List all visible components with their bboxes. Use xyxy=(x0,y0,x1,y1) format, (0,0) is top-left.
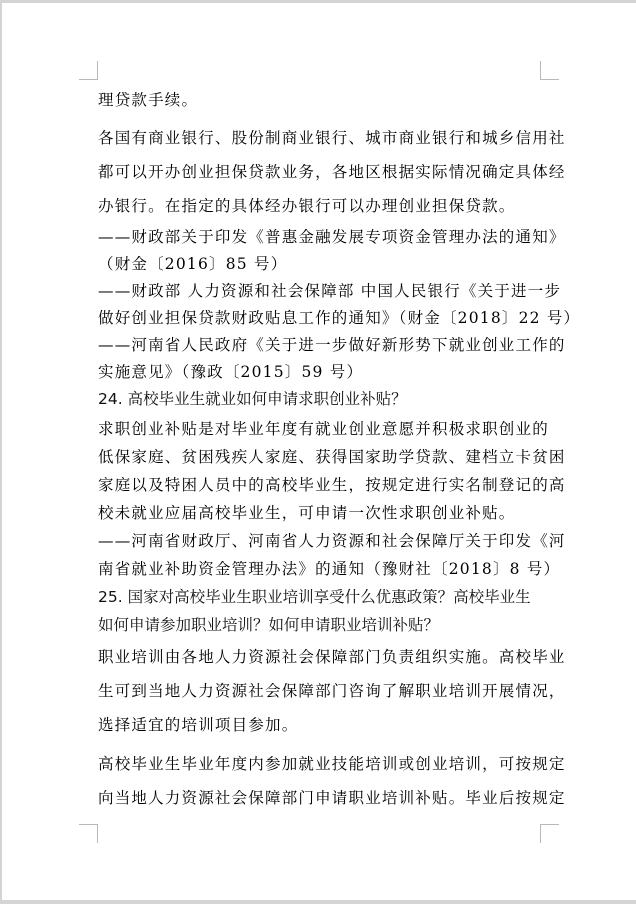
margin-corner-mark-top-left xyxy=(79,61,98,80)
text-line: 南省就业补助资金管理办法》的通知（豫财社〔2018〕8 号） xyxy=(98,558,560,580)
document-page: 理贷款手续。各国有商业银行、股份制商业银行、城市商业银行和城乡信用社都可以开办创… xyxy=(2,3,636,900)
text-line: ——河南省财政厅、河南省人力资源和社会保障厅关于印发《河 xyxy=(98,530,566,552)
text-line: 都可以开办创业担保贷款业务，各地区根据实际情况确定具体经 xyxy=(98,161,566,183)
text-line: 实施意见》（豫政〔2015〕59 号） xyxy=(98,361,363,383)
section-heading: 如何申请参加职业培训？如何申请职业培训补贴？ xyxy=(98,614,439,636)
text-line: （财金〔2016〕85 号） xyxy=(98,253,287,275)
text-line: 做好创业担保贷款财政贴息工作的通知》（财金〔2018〕22 号） xyxy=(98,307,580,329)
text-line: 生可到当地人力资源社会保障部门咨询了解职业培训开展情况， xyxy=(98,680,566,702)
section-heading: 24. 高校毕业生就业如何申请求职创业补贴？ xyxy=(98,388,407,410)
text-line: 家庭以及特困人员中的高校毕业生，按规定进行实名制登记的高 xyxy=(98,474,566,496)
text-line: ——财政部 人力资源和社会保障部 中国人民银行《关于进一步 xyxy=(98,280,561,302)
text-line: 求职创业补贴是对毕业年度有就业创业意愿并积极求职创业的 xyxy=(98,418,549,440)
text-line: 办银行。在指定的具体经办银行可以办理创业担保贷款。 xyxy=(98,195,516,217)
text-line: 校未就业应届高校毕业生，可申请一次性求职创业补贴。 xyxy=(98,502,516,524)
text-line: 各国有商业银行、股份制商业银行、城市商业银行和城乡信用社 xyxy=(98,127,566,149)
text-line: 低保家庭、贫困残疾人家庭、获得国家助学贷款、建档立卡贫困 xyxy=(98,446,566,468)
text-line: 高校毕业生毕业年度内参加就业技能培训或创业培训，可按规定 xyxy=(98,753,566,775)
section-heading: 25. 国家对高校毕业生职业培训享受什么优惠政策？高校毕业生 xyxy=(98,586,531,608)
text-line: 理贷款手续。 xyxy=(98,89,198,111)
margin-corner-mark-top-right xyxy=(540,61,559,80)
text-line: ——财政部关于印发《普惠金融发展专项资金管理办法的通知》 xyxy=(98,226,566,248)
text-line: 职业培训由各地人力资源社会保障部门负责组织实施。高校毕业 xyxy=(98,646,566,668)
text-line: 选择适宜的培训项目参加。 xyxy=(98,714,298,736)
margin-corner-mark-bottom-right xyxy=(540,824,559,843)
margin-corner-mark-bottom-left xyxy=(79,824,98,843)
text-line: ——河南省人民政府《关于进一步做好新形势下就业创业工作的 xyxy=(98,334,566,356)
text-line: 向当地人力资源社会保障部门申请职业培训补贴。毕业后按规定 xyxy=(98,787,566,809)
